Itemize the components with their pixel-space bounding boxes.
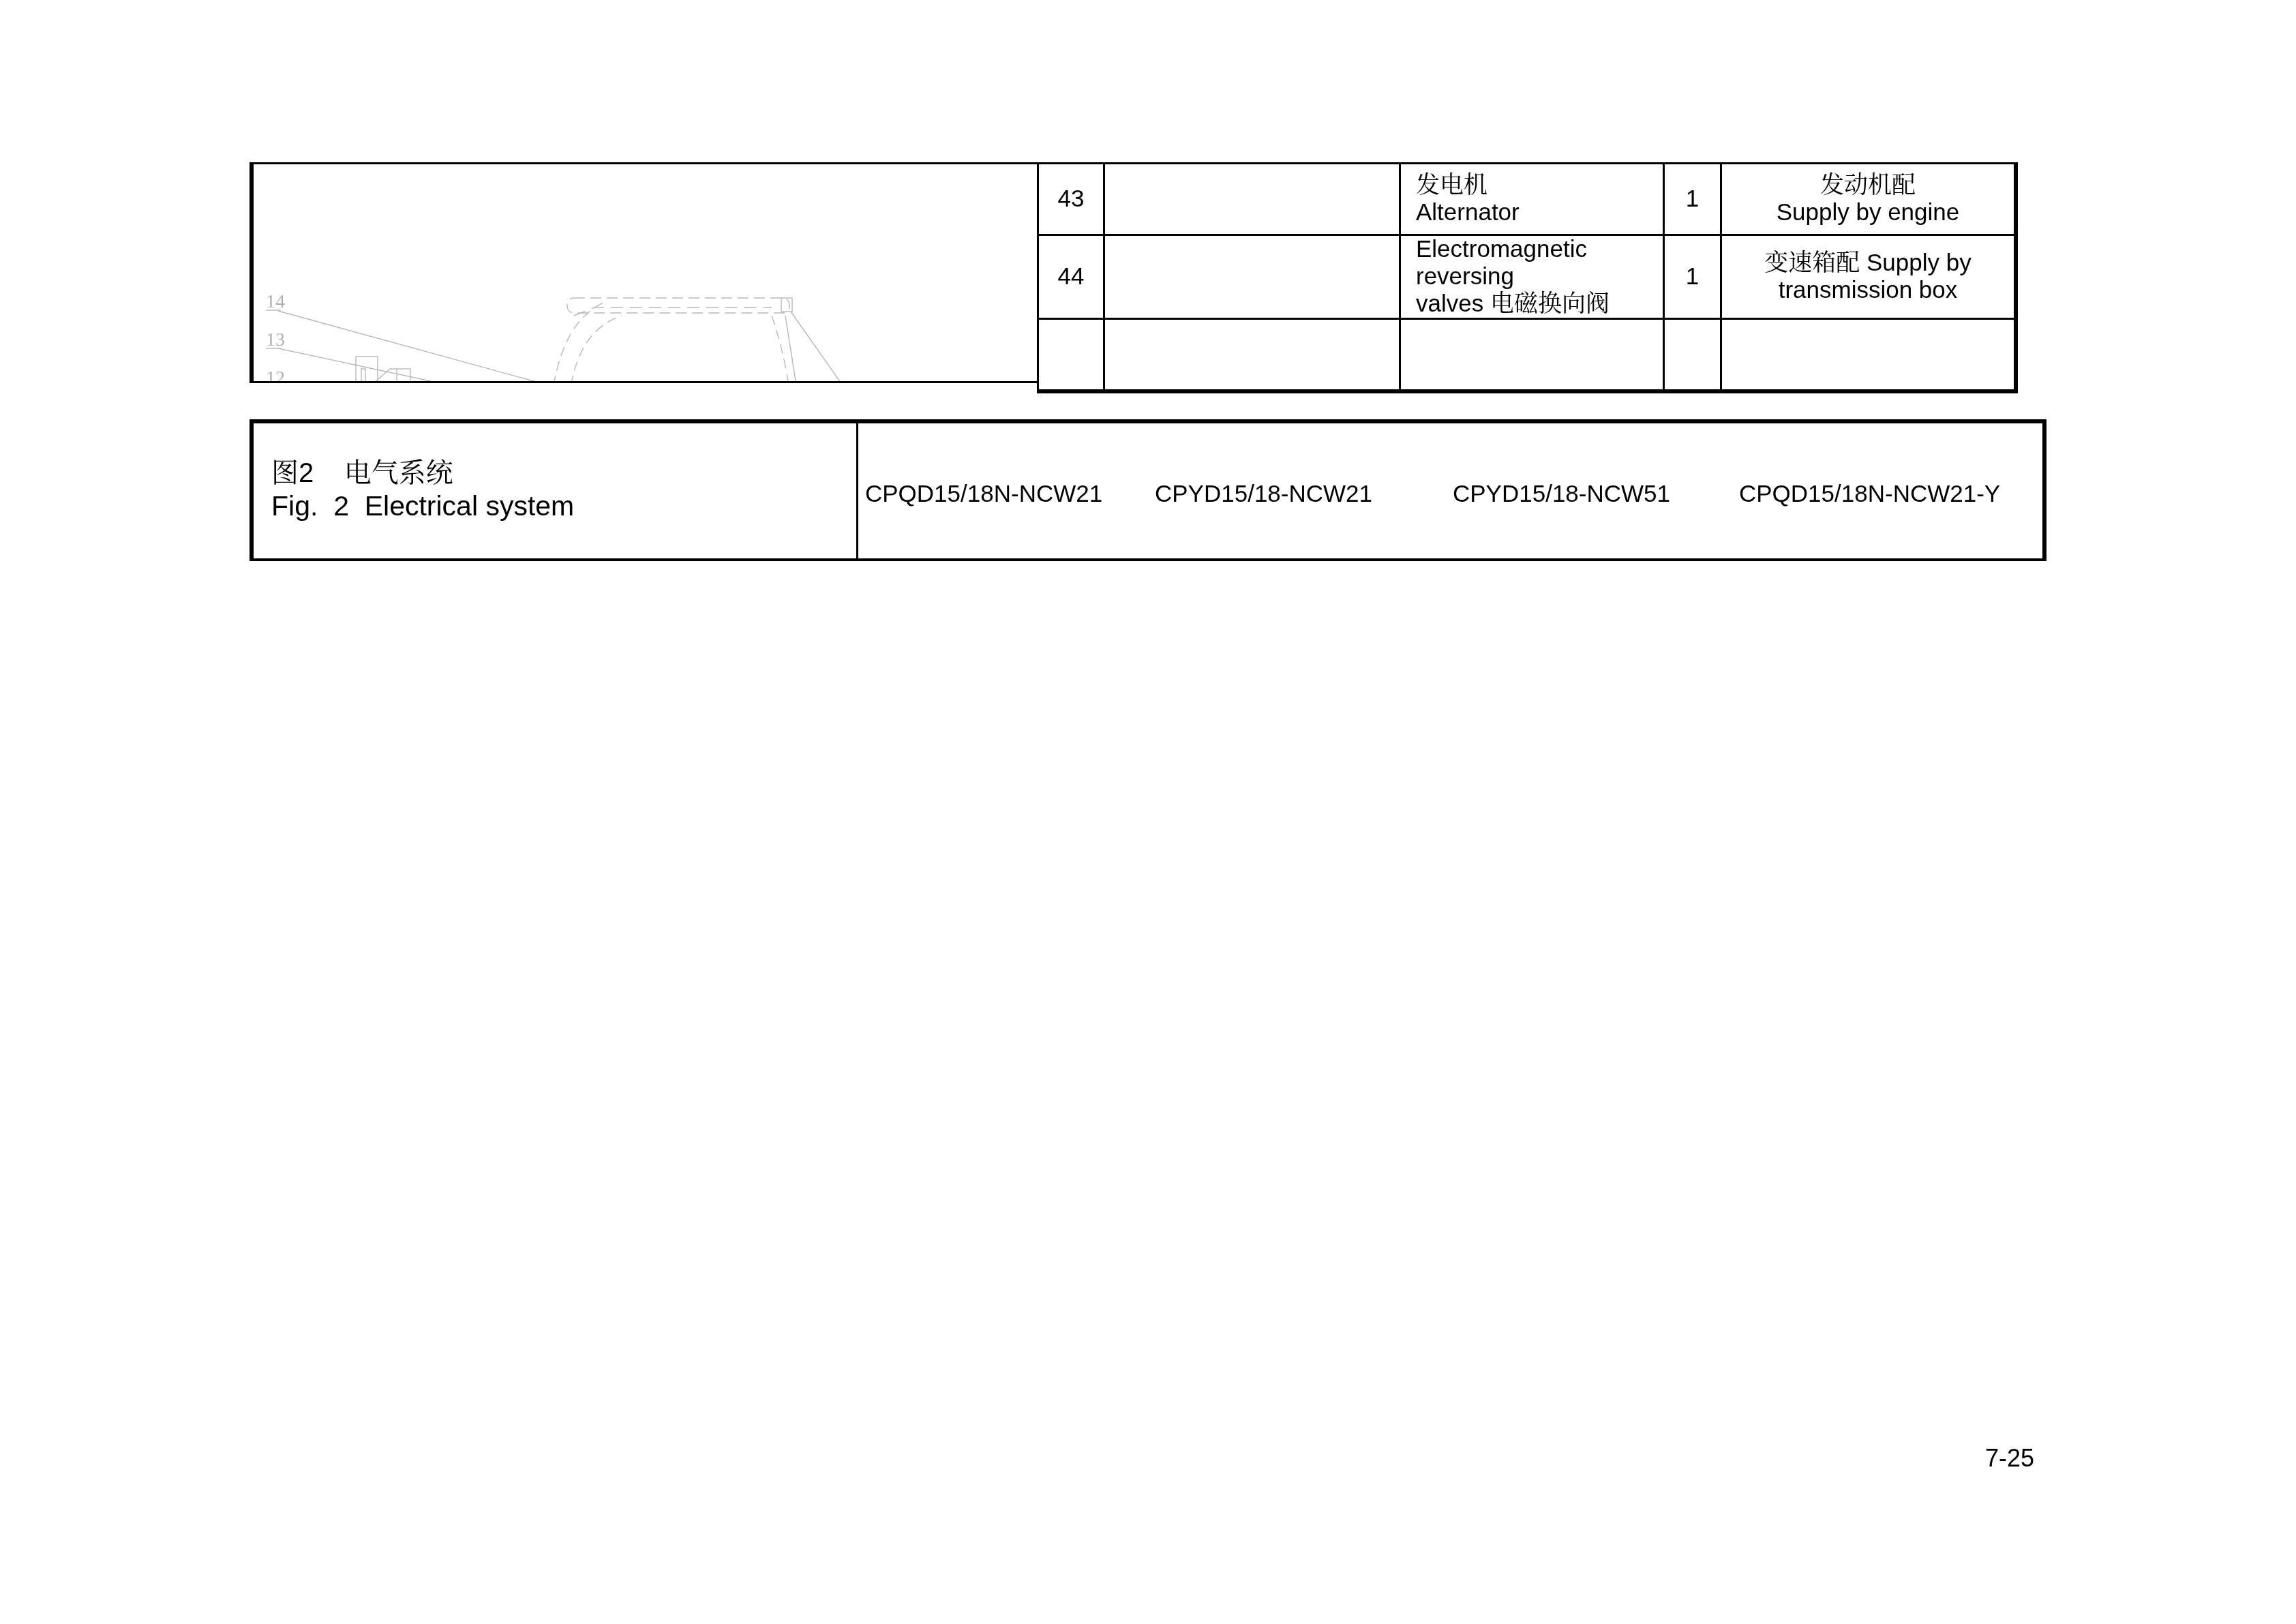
part-name-en: Alternator (1416, 199, 1663, 226)
table-row: 43 发电机 Alternator 1 发动机配 Supply by engin… (1038, 164, 2016, 235)
parts-section: 14 13 12 43 发电机 Alternator 1 发动机配 Supply… (250, 162, 2046, 387)
part-name-cn: 发电机 (1416, 172, 1663, 199)
item-number (1038, 319, 1104, 392)
part-name-line1: Electromagnetic reversing (1416, 236, 1663, 290)
part-remark: 发动机配 Supply by engine (1721, 164, 2016, 235)
model-label: CPQD15/18N-NCW21 (865, 481, 1102, 508)
part-remark (1721, 319, 2016, 392)
figure-caption-table: 图2 电气系统 Fig. 2 Electrical system CPQD15/… (250, 419, 2046, 561)
item-number: 43 (1038, 164, 1104, 235)
part-name-line2: valves 电磁换向阀 (1416, 290, 1663, 318)
part-remark-line2: transmission box (1722, 277, 2014, 304)
part-code (1104, 319, 1400, 392)
part-remark: 变速箱配 Supply by transmission box (1721, 235, 2016, 319)
part-remark-line1: 变速箱配 Supply by (1722, 250, 2014, 277)
part-quantity (1664, 319, 1721, 392)
electrical-system-drawing: 14 13 12 (250, 162, 1038, 383)
figure-title-cn: 图2 电气系统 (271, 457, 856, 490)
figure-caption: 图2 电气系统 Fig. 2 Electrical system (254, 423, 858, 558)
table-row: 44 Electromagnetic reversing valves 电磁换向… (1038, 235, 2016, 319)
callout-label-12: 12 (266, 367, 285, 383)
table-row (1038, 319, 2016, 392)
page-number: 7-25 (1985, 1445, 2034, 1472)
model-label: CPQD15/18N-NCW21-Y (1739, 481, 2000, 508)
part-name (1400, 319, 1664, 392)
part-code (1104, 164, 1400, 235)
part-code (1104, 235, 1400, 319)
figure-title-en: Fig. 2 Electrical system (271, 490, 856, 522)
parts-table: 43 发电机 Alternator 1 发动机配 Supply by engin… (1037, 162, 2018, 393)
part-name: 发电机 Alternator (1400, 164, 1664, 235)
item-number: 44 (1038, 235, 1104, 319)
part-remark-line1: 发动机配 (1722, 172, 2014, 199)
part-name: Electromagnetic reversing valves 电磁换向阀 (1400, 235, 1664, 319)
callout-label-14: 14 (266, 291, 285, 312)
model-label: CPYD15/18-NCW51 (1453, 481, 1670, 508)
callout-label-13: 13 (266, 329, 285, 350)
part-remark-line2: Supply by engine (1722, 199, 2014, 226)
model-label: CPYD15/18-NCW21 (1155, 481, 1372, 508)
part-quantity: 1 (1664, 164, 1721, 235)
drawing-line-art: 14 13 12 (254, 164, 1038, 383)
part-quantity: 1 (1664, 235, 1721, 319)
applicable-models: CPQD15/18N-NCW21 CPYD15/18-NCW21 CPYD15/… (858, 423, 2042, 558)
